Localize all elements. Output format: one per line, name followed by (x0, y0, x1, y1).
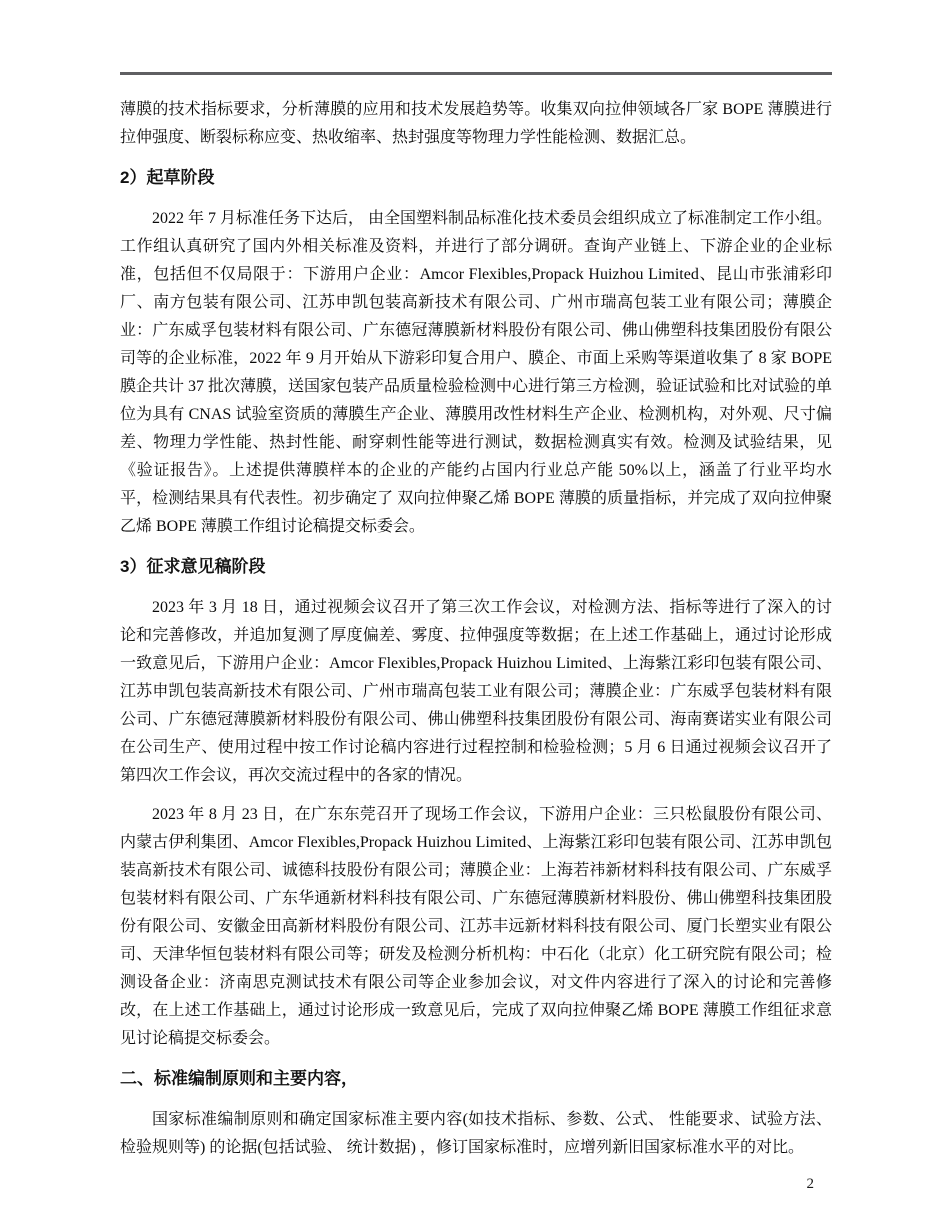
paragraph-compilation-principles: 国家标准编制原则和确定国家标准主要内容(如技术指标、参数、公式、 性能要求、试验… (120, 1106, 832, 1162)
heading-drafting-stage: 2）起草阶段 (120, 164, 832, 192)
document-page: 薄膜的技术指标要求，分析薄膜的应用和技术发展趋势等。收集双向拉伸领域各厂家 BO… (0, 0, 950, 1230)
paragraph-third-fourth-meetings: 2023 年 3 月 18 日，通过视频会议召开了第三次工作会议，对检测方法、指… (120, 594, 832, 790)
page-number: 2 (120, 1173, 832, 1195)
header-rule (120, 72, 832, 75)
paragraph-drafting-stage-details: 2022 年 7 月标准任务下达后， 由全国塑料制品标准化技术委员会组织成立了标… (120, 205, 832, 541)
paragraph-onsite-meeting: 2023 年 8 月 23 日，在广东东莞召开了现场工作会议，下游用户企业：三只… (120, 801, 832, 1053)
paragraph-intro-continuation: 薄膜的技术指标要求，分析薄膜的应用和技术发展趋势等。收集双向拉伸领域各厂家 BO… (120, 96, 832, 152)
heading-compilation-principles: 二、标准编制原则和主要内容， (120, 1065, 832, 1093)
heading-comment-draft-stage: 3）征求意见稿阶段 (120, 553, 832, 581)
